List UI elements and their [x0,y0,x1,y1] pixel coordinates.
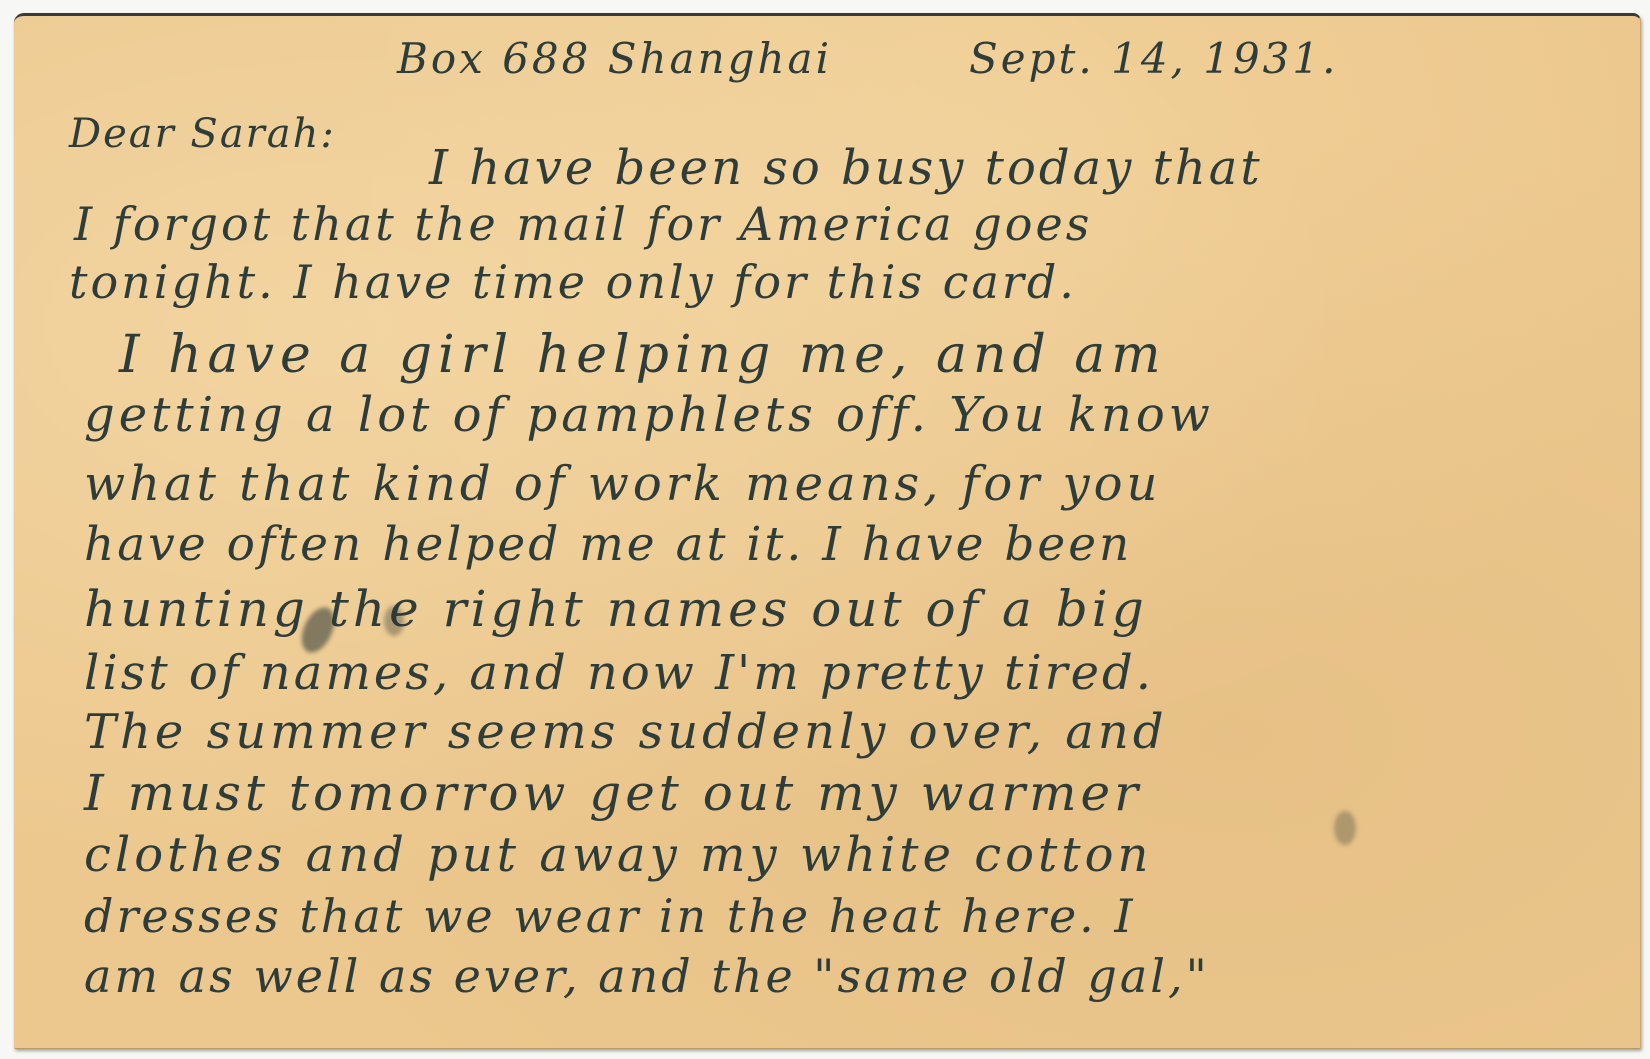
letter-line-7: have often helped me at it. I have been [84,521,1132,568]
letter-line-2: I forgot that the mail for America goes [74,201,1092,247]
letter-line-9: list of names, and now I'm pretty tired. [84,649,1154,697]
ink-smudge-faint [384,606,404,636]
letter-line-14: am as well as ever, and the "same old ga… [84,953,1210,999]
letter-line-12: clothes and put away my white cotton [84,831,1152,879]
letter-line-6: what that kind of work means, for you [84,460,1161,508]
letter-line-13: dresses that we wear in the heat here. I [84,893,1136,939]
heading-date: Sept. 14, 1931. [969,38,1338,80]
letter-line-5: getting a lot of pamphlets off. You know [84,391,1214,439]
letter-line-11: I must tomorrow get out my warmer [84,768,1142,818]
letter-line-1: I have been so busy today that [429,144,1263,192]
letter-line-3: tonight. I have time only for this card. [69,259,1077,305]
salutation: Dear Sarah: [69,114,336,154]
heading-address: Box 688 Shanghai [397,38,832,80]
ink-smudge-right [1334,811,1356,845]
postcard: Box 688 Shanghai Sept. 14, 1931. Dear Sa… [14,13,1641,1049]
letter-line-4: I have a girl helping me, and am [119,329,1167,381]
letter-line-10: The summer seems suddenly over, and [84,708,1168,756]
letter-line-8: hunting the right names out of a big [84,584,1148,634]
